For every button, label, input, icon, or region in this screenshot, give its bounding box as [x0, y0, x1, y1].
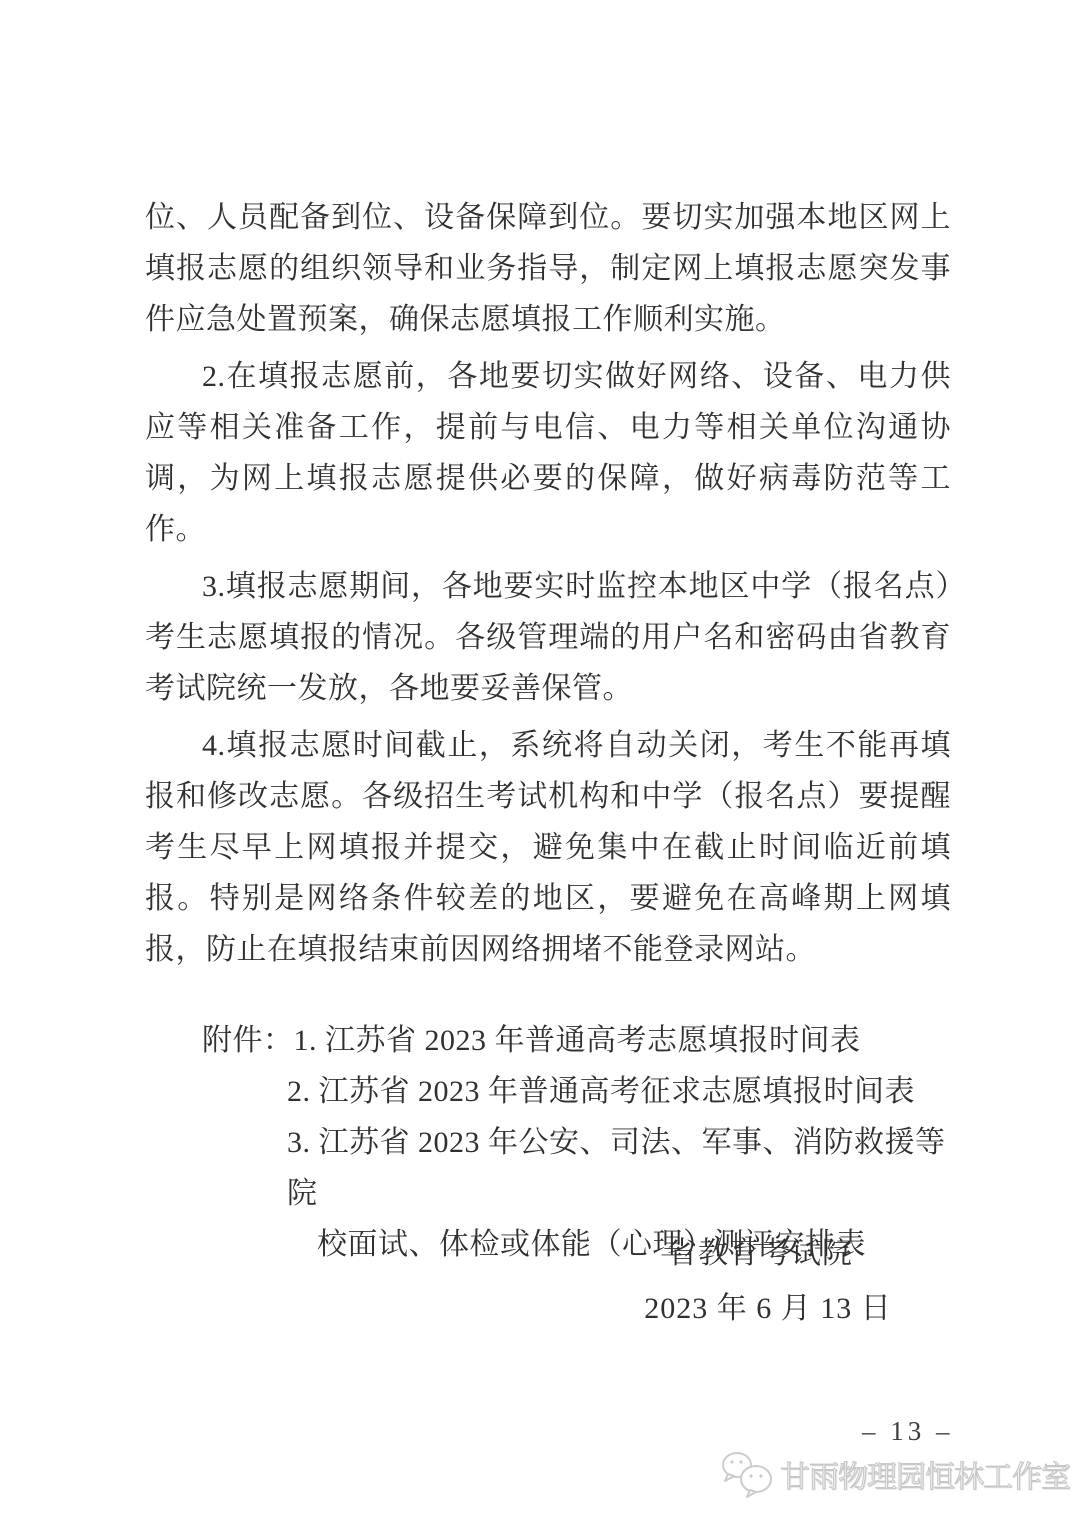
attachment-item-2: 2. 江苏省 2023 年普通高考征求志愿填报时间表 — [145, 1066, 951, 1117]
wechat-icon — [720, 1450, 774, 1498]
document-page: 位、人员配备到位、设备保障到位。要切实加强本地区网上填报志愿的组织领导和业务指导… — [0, 0, 1080, 1527]
signature-date: 2023 年 6 月 13 日 — [644, 1283, 892, 1327]
signature-organization: 省教育考试院 — [667, 1228, 853, 1272]
page-number: – 13 – — [862, 1416, 954, 1447]
watermark: 甘雨物理园恒林工作室 — [720, 1450, 1070, 1498]
paragraph-continuation: 位、人员配备到位、设备保障到位。要切实加强本地区网上填报志愿的组织领导和业务指导… — [145, 192, 951, 345]
paragraph-item-2: 2.在填报志愿前，各地要切实做好网络、设备、电力供应等相关准备工作，提前与电信、… — [145, 351, 951, 555]
watermark-text: 甘雨物理园恒林工作室 — [780, 1452, 1070, 1496]
attachments-label: 附件： — [202, 1024, 294, 1057]
paragraph-item-4: 4.填报志愿时间截止，系统将自动关闭，考生不能再填报和修改志愿。各级招生考试机构… — [145, 720, 951, 975]
attachment-line-1: 附件：1. 江苏省 2023 年普通高考志愿填报时间表 — [145, 1015, 951, 1066]
attachment-item-3: 3. 江苏省 2023 年公安、司法、军事、消防救援等院 — [145, 1117, 951, 1219]
document-body: 位、人员配备到位、设备保障到位。要切实加强本地区网上填报志愿的组织领导和业务指导… — [145, 192, 951, 1270]
attachment-item-1: 1. 江苏省 2023 年普通高考志愿填报时间表 — [294, 1024, 861, 1057]
paragraph-item-3: 3.填报志愿期间，各地要实时监控本地区中学（报名点）考生志愿填报的情况。各级管理… — [145, 561, 951, 714]
